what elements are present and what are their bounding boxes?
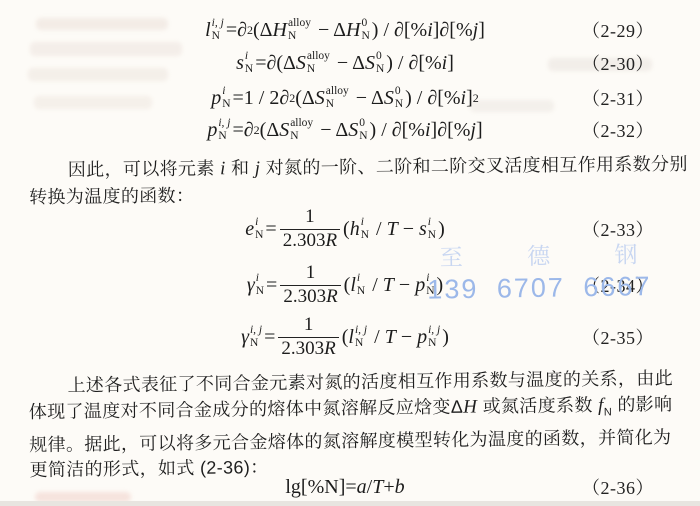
equation-2-32: pi, jN=∂2(ΔSalloyN − ΔS0N) / ∂[%i]∂[%j] … <box>30 111 660 149</box>
equation-formula: γiN=12.303R(liN / T − piN) <box>247 262 443 308</box>
paragraph-temperature-relation: 上述各式表征了不同合金元素对氮的活度相互作用系数与温度的关系，由此体现了温度对不… <box>28 366 679 484</box>
equation-number: （2-36） <box>582 474 654 500</box>
equation-formula: piN=1 / 2∂2(ΔSalloyN − ΔS0N) / ∂[%i]2 <box>211 85 479 111</box>
paragraph-intro-coefficients: 因此，可以将元素 i 和 j 对氮的一阶、二阶和二阶交叉活度相互作用系数分别转换… <box>29 151 679 211</box>
equation-formula: li, jN=∂2(ΔHalloyN − ΔH0N) / ∂[%i]∂[%j] <box>205 17 485 43</box>
equation-number: （2-29） <box>582 17 654 43</box>
equation-2-30: siN=∂(ΔSalloyN − ΔS0N) / ∂[%i] （2-30） <box>30 44 660 82</box>
equation-number: （2-30） <box>582 50 654 76</box>
equation-formula: pi, jN=∂2(ΔSalloyN − ΔS0N) / ∂[%i]∂[%j] <box>207 117 482 143</box>
watermark-company-name: 至 德 钢 业 <box>440 235 700 273</box>
watermark-phone-number: 139 6707 6667 <box>427 270 700 306</box>
equation-2-35: γi, jN=12.303R(li, jN / T − pi, jN) （2-3… <box>30 314 660 360</box>
equation-formula: siN=∂(ΔSalloyN − ΔS0N) / ∂[%i] <box>236 50 454 76</box>
equation-formula: eiN=12.303R(hiN / T − siN) <box>245 206 445 252</box>
scanned-document-page: li, jN=∂2(ΔHalloyN − ΔH0N) / ∂[%i]∂[%j] … <box>0 0 700 506</box>
equation-number: （2-32） <box>582 117 654 143</box>
equation-number: （2-31） <box>582 85 654 111</box>
equation-number: （2-35） <box>582 324 654 350</box>
equation-formula: γi, jN=12.303R(li, jN / T − pi, jN) <box>241 314 449 360</box>
watermark: 至 德 钢 业 139 6707 6667 <box>440 235 700 306</box>
